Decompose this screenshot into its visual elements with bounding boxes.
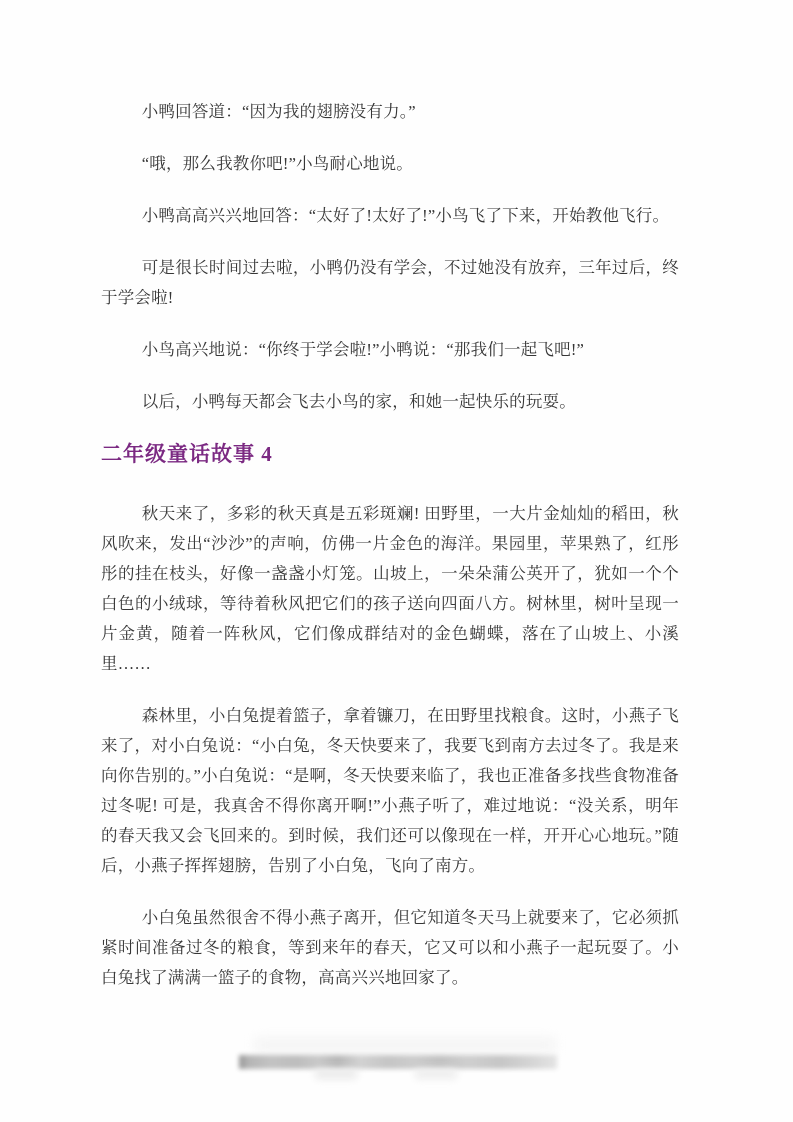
story-paragraph: 小白兔虽然很舍不得小燕子离开，但它知道冬天马上就要来了，它必须抓紧时间准备过冬的… <box>101 903 679 993</box>
blurred-watermark <box>0 1036 793 1096</box>
watermark-haze <box>255 1038 555 1052</box>
watermark-blur-blob <box>315 1069 357 1079</box>
watermark-blur-bar <box>239 1055 557 1069</box>
document-page: 小鸭回答道：“因为我的翅膀没有力。” “哦，那么我教你吧!”小鸟耐心地说。 小鸭… <box>0 0 793 1122</box>
story-paragraph: 可是很长时间过去啦，小鸭仍没有学会，不过她没有放弃，三年过后，终于学会啦! <box>101 253 679 313</box>
story-paragraph: 小鸟高兴地说：“你终于学会啦!”小鸭说：“那我们一起飞吧!” <box>101 335 679 365</box>
watermark-blur-blob <box>415 1069 457 1079</box>
document-content: 小鸭回答道：“因为我的翅膀没有力。” “哦，那么我教你吧!”小鸟耐心地说。 小鸭… <box>101 97 679 1015</box>
story-paragraph: 秋天来了，多彩的秋天真是五彩斑斓! 田野里，一大片金灿灿的稻田，秋风吹来，发出“… <box>101 499 679 679</box>
story-paragraph: 小鸭回答道：“因为我的翅膀没有力。” <box>101 97 679 127</box>
section-heading: 二年级童话故事 4 <box>101 439 679 469</box>
story-paragraph: 以后，小鸭每天都会飞去小鸟的家，和她一起快乐的玩耍。 <box>101 387 679 417</box>
story-paragraph: 森林里，小白兔提着篮子，拿着镰刀，在田野里找粮食。这时，小燕子飞来了，对小白兔说… <box>101 701 679 881</box>
story-paragraph: 小鸭高高兴兴地回答：“太好了!太好了!”小鸟飞了下来，开始教他飞行。 <box>101 201 679 231</box>
story-paragraph: “哦，那么我教你吧!”小鸟耐心地说。 <box>101 149 679 179</box>
